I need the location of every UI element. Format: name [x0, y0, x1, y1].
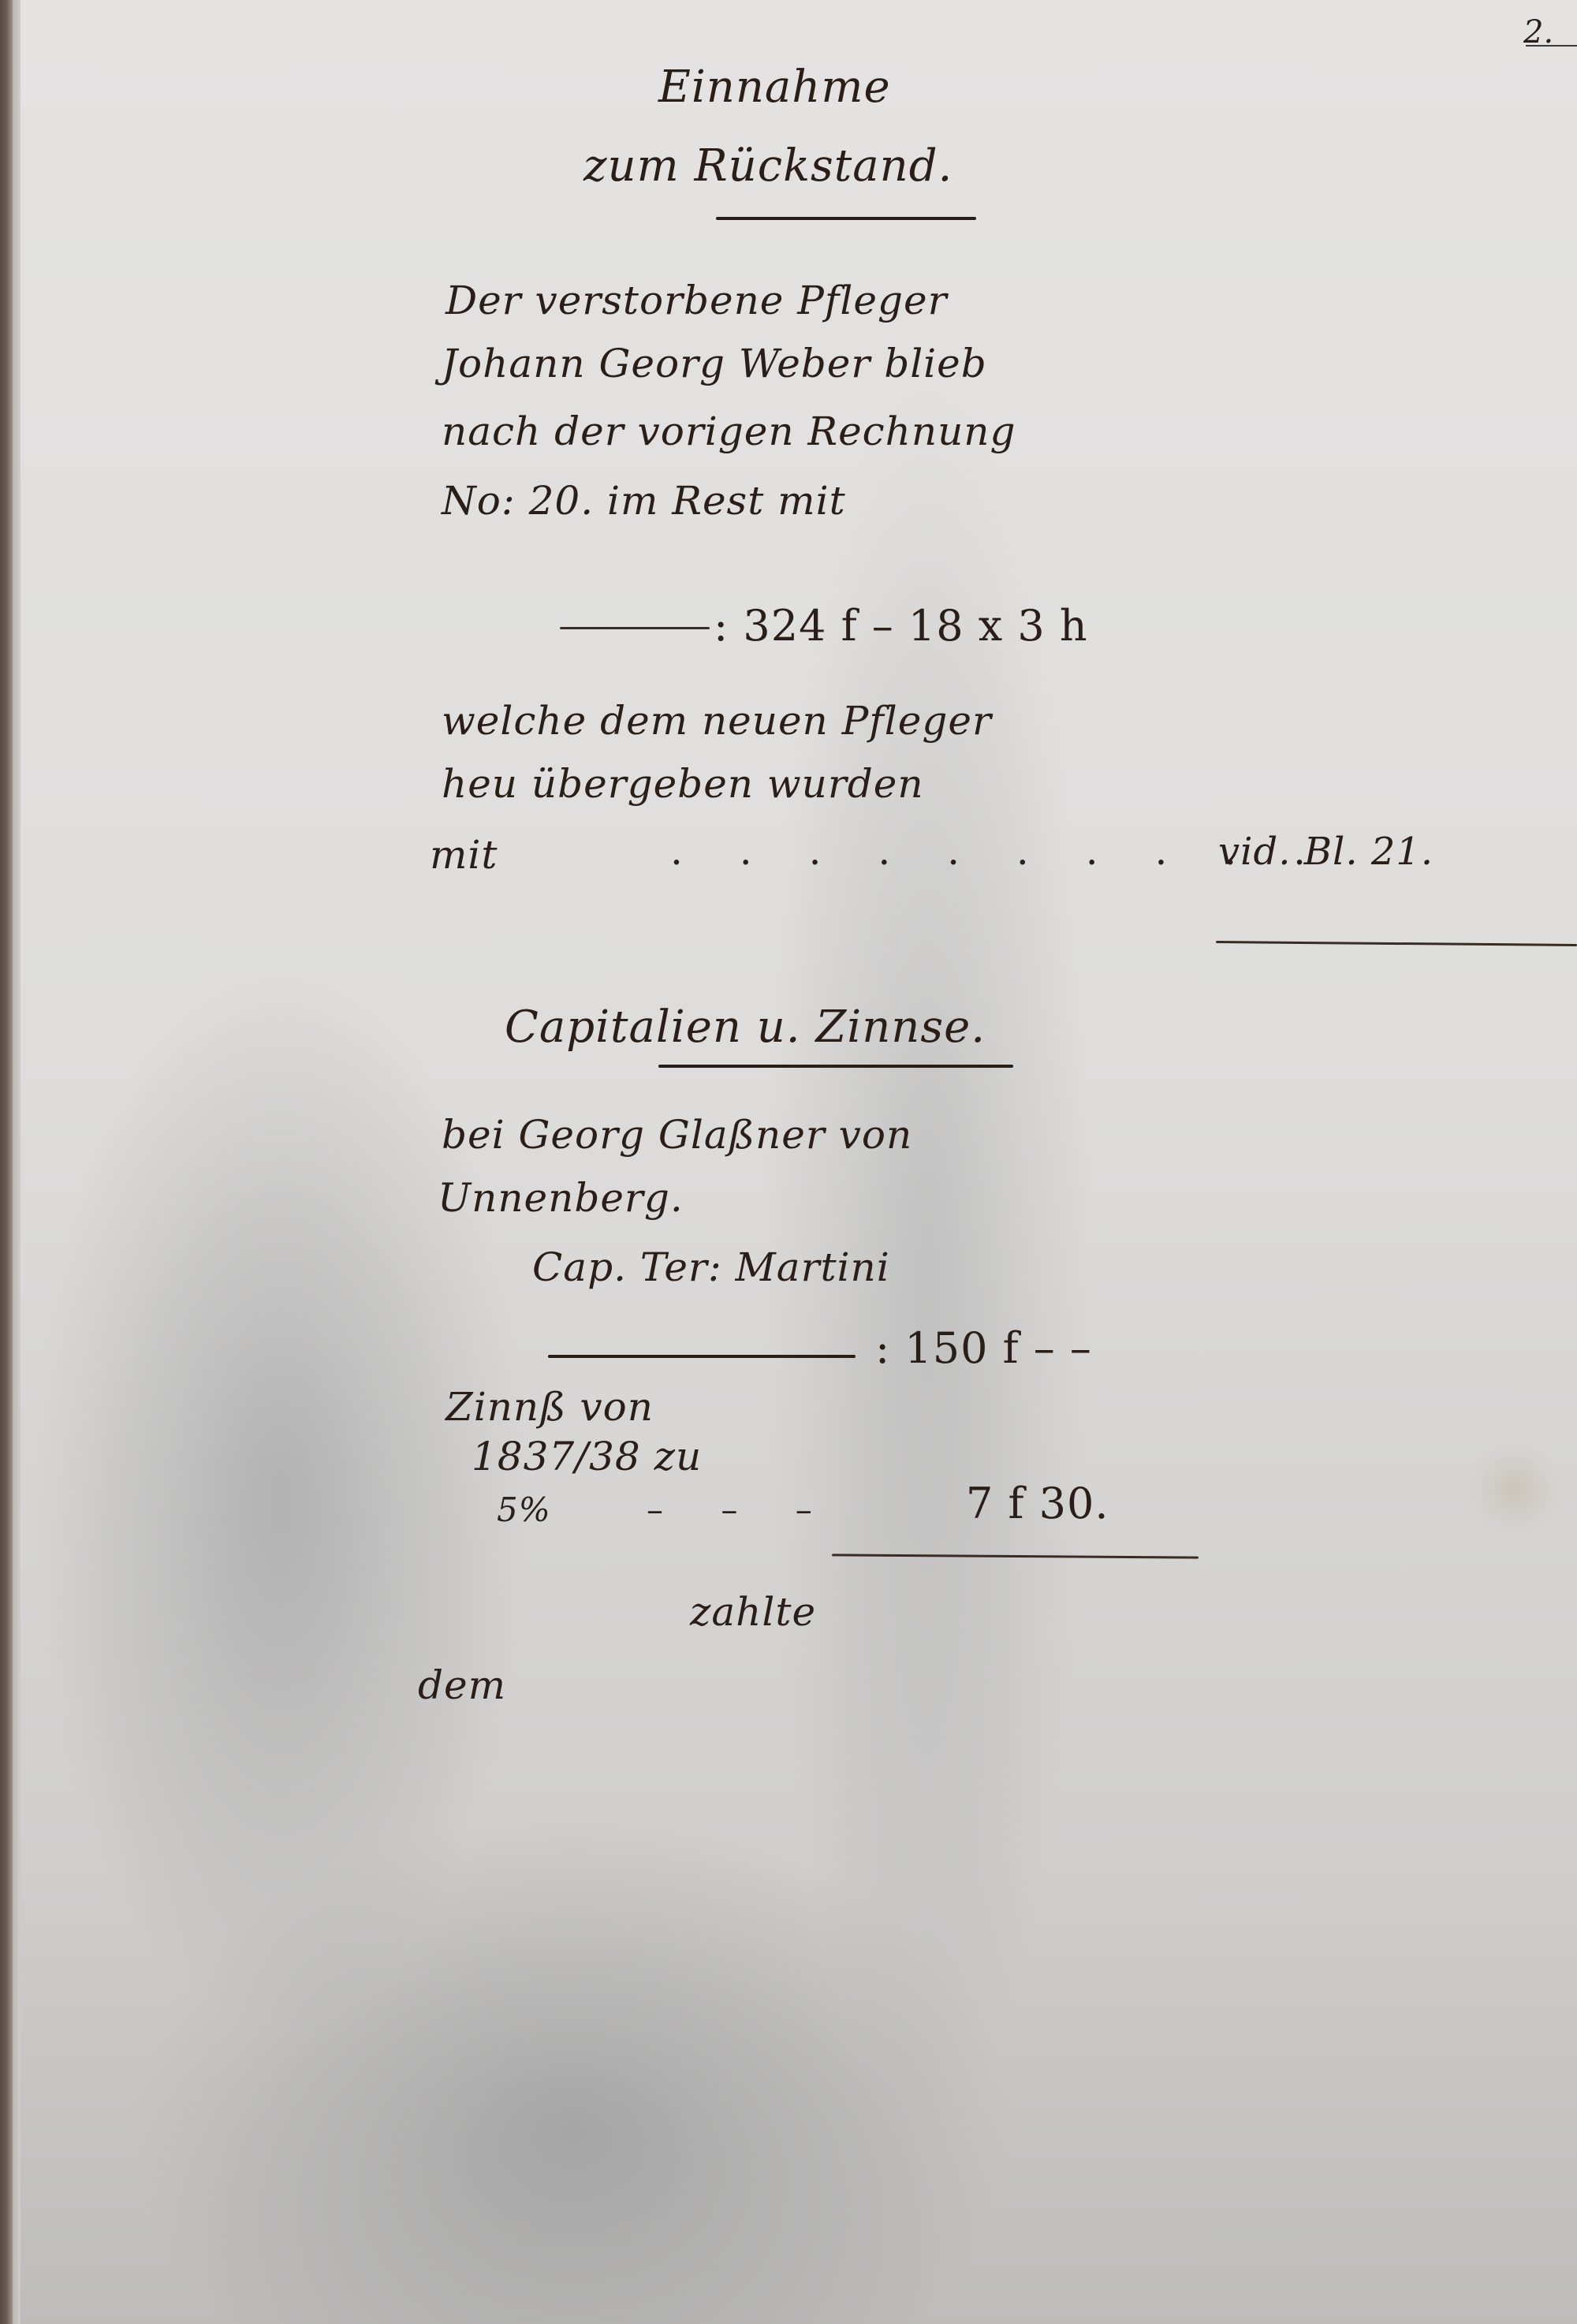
capital-amount: : 150 f – –	[875, 1323, 1092, 1373]
debtor-line-2: Unnenberg.	[438, 1175, 684, 1221]
rueckstand-amount: : 324 f – 18 x 3 h	[714, 601, 1088, 651]
debtor-line-1: bei Georg Glaßner von	[442, 1112, 912, 1158]
transfer-line-3: mit	[430, 832, 498, 878]
heading-underline	[716, 217, 976, 220]
page-number-underline	[1526, 45, 1577, 47]
section-title-capitalien: Capitalien u. Zinnse.	[505, 1002, 986, 1053]
entry-line-3: nach der vorigen Rechnung	[442, 408, 1016, 454]
capital-leader-line	[548, 1355, 856, 1358]
transfer-line-1: welche dem neuen Pfleger	[442, 698, 992, 744]
book-binding-edge	[0, 0, 13, 2324]
closing-word-dem: dem	[418, 1662, 506, 1708]
entry-line-2: Johann Georg Weber blieb	[442, 341, 987, 386]
capital-term-line: Cap. Ter: Martini	[532, 1244, 890, 1290]
interest-rate: 5%	[497, 1490, 551, 1529]
interest-amount: 7 f 30.	[966, 1479, 1109, 1528]
section-title-einnahme: Einnahme	[658, 62, 891, 113]
entry-line-4: No: 20. im Rest mit	[442, 478, 846, 524]
interest-line-2: 1837/38 zu	[472, 1434, 702, 1479]
section-subtitle-rueckstand: zum Rückstand.	[583, 140, 953, 192]
side-note-reference: vid. Bl. 21.	[1218, 830, 1433, 874]
transfer-line-2: heu übergeben wurden	[442, 761, 924, 807]
interest-line-1: Zinnß von	[446, 1384, 654, 1430]
page-gutter	[13, 0, 21, 2324]
amount-leader-line	[560, 627, 710, 629]
interest-dashes: – – –	[647, 1490, 836, 1529]
capitalien-underline	[658, 1065, 1013, 1068]
closing-word-zahlte: zahlte	[690, 1589, 816, 1635]
entry-line-1: Der verstorbene Pfleger	[446, 278, 947, 323]
